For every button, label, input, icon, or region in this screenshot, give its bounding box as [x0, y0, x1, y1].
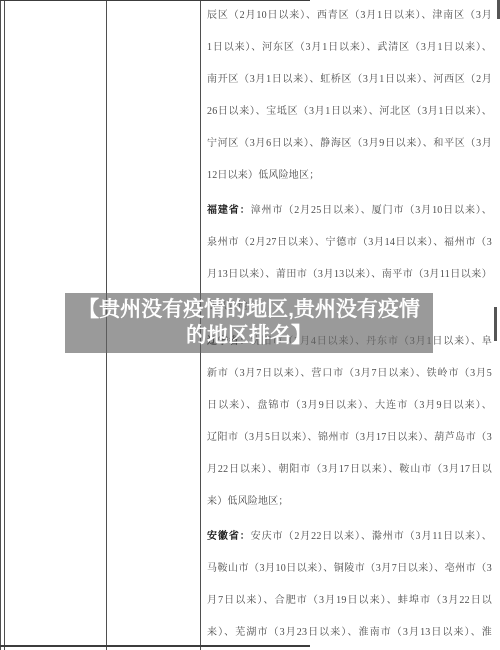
text-line: 辽阳市（3月5日以来）、锦州市（3月17日以来）、葫芦岛市（3 [207, 422, 492, 454]
document-table-screenshot: 辰区（2月10日以来）、西青区（3月1日以来）、津南区（3月1日以来）、河东区（… [0, 0, 500, 650]
text-line: 泉州市（2月27日以来）、宁德市（3月14日以来）、福州市（3 [207, 227, 492, 259]
right-edge-border-fragment [494, 307, 497, 341]
banner-title-line-1: 【贵州没有疫情的地区,贵州没有疫情 [65, 297, 433, 323]
text-line: 日以来）、盘锦市（3月9日以来）、大连市（3月9日以来）、 [207, 390, 492, 422]
text-line: 宁河区（3月6日以来）、静海区（3月9日以来）、和平区（3月 [207, 128, 492, 160]
text-line: 12日以来）低风险地区； [207, 160, 492, 192]
text-line: 来）、芜湖市（3月23日以来）、淮南市（3月13日以来）、淮 [207, 617, 492, 649]
text-line: 福建省：漳州市（2月25日以来）、厦门市（3月10日以来）、 [207, 195, 492, 227]
province-paragraph: 辽宁省：沈阳市（3月4日以来）、丹东市（3月1日以来）、阜新市（3月7日以来）、… [207, 326, 492, 518]
text-line: 26日以来）、宝坻区（3月1日以来）、河北区（3月1日以来）、 [207, 96, 492, 128]
province-paragraph: 辰区（2月10日以来）、西青区（3月1日以来）、津南区（3月1日以来）、河东区（… [207, 0, 492, 192]
text-line: 月7日以来）、合肥市（3月19日以来）、蚌埠市（3月22日以 [207, 585, 492, 617]
province-paragraph: 安徽省：安庆市（2月22日以来）、滁州市（3月11日以来）、马鞍山市（3月10日… [207, 521, 492, 649]
text-line: 南开区（3月1日以来）、虹桥区（3月1日以来）、河西区（2月 [207, 64, 492, 96]
text-line: 马鞍山市（3月10日以来）、铜陵市（3月7日以来）、亳州市（3 [207, 553, 492, 585]
text-line: 1日以来）、河东区（3月1日以来）、武清区（3月1日以来）、 [207, 32, 492, 64]
text-line: 辰区（2月10日以来）、西青区（3月1日以来）、津南区（3月 [207, 0, 492, 32]
table-outer-left-border [0, 0, 1, 650]
province-label: 安徽省： [207, 531, 251, 542]
text-line: 安徽省：安庆市（2月22日以来）、滁州市（3月11日以来）、 [207, 521, 492, 553]
banner-title-line-2: 的地区排名】 [65, 323, 433, 349]
text-line: 月13日以来）、莆田市（3月13以来）、南平市（3月11日以来） [207, 259, 492, 291]
province-label: 福建省： [207, 205, 251, 216]
watermark-title-banner: 【贵州没有疫情的地区,贵州没有疫情 的地区排名】 [65, 293, 433, 353]
text-line: 新市（3月7日以来）、营口市（3月7日以来）、铁岭市（3月5 [207, 358, 492, 390]
text-line: 来）低风险地区； [207, 486, 492, 518]
text-line: 月22日以来）、朝阳市（3月17日以来）、鞍山市（3月17日以 [207, 454, 492, 486]
